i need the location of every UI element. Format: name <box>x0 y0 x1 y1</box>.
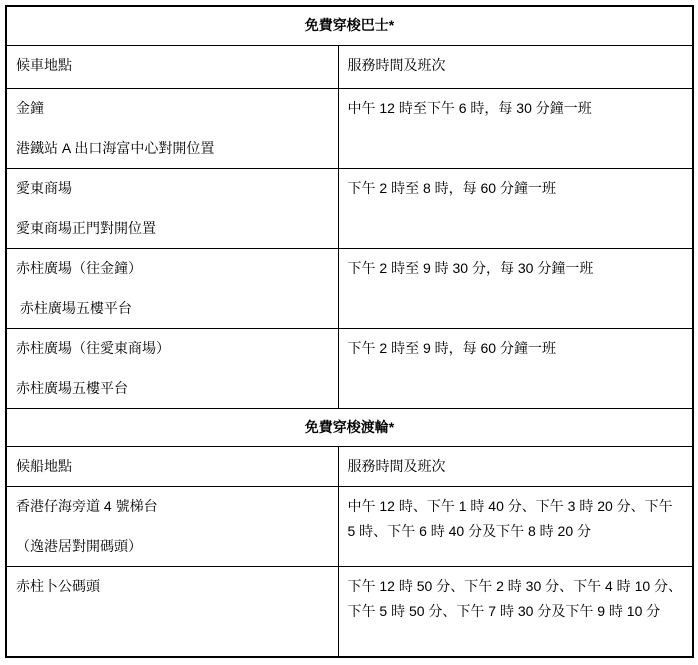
cell-schedule: 下午 2 時至 9 時 30 分，每 30 分鐘一班 <box>338 248 693 328</box>
schedule-text: 中午 12 時、下午 1 時 40 分、下午 3 時 20 分、下午 5 時、下… <box>348 494 684 544</box>
cell-location: 赤柱廣場（往愛東商場） 赤柱廣場五樓平台 <box>6 328 338 408</box>
column-header-row-bus: 候車地點 服務時間及班次 <box>6 45 693 88</box>
cell-location: 香港仔海旁道 4 號梯台 （逸港居對開碼頭） <box>6 486 338 566</box>
schedule-text: 下午 12 時 50 分、下午 2 時 30 分、下午 4 時 10 分、下午 … <box>348 574 684 624</box>
location-name: 赤柱廣場（往愛東商場） <box>16 336 329 361</box>
table-row-ferry-stanley: 赤柱卜公碼頭 下午 12 時 50 分、下午 2 時 30 分、下午 4 時 1… <box>6 566 693 657</box>
shuttle-schedule-table: 免費穿梭巴士* 候車地點 服務時間及班次 金鐘 港鐵站 A 出口海富中心對開位置… <box>5 5 694 658</box>
cell-schedule: 下午 12 時 50 分、下午 2 時 30 分、下午 4 時 10 分、下午 … <box>338 566 693 657</box>
cell-schedule: 中午 12 時至下午 6 時，每 30 分鐘一班 <box>338 88 693 168</box>
section-header-row-bus: 免費穿梭巴士* <box>6 6 693 45</box>
location-name: 赤柱卜公碼頭 <box>16 574 329 599</box>
col-header-bus-schedule-label: 服務時間及班次 <box>348 53 684 78</box>
location-detail: 赤柱廣場五樓平台 <box>16 376 329 401</box>
table-row-bus-aberdeen-mall: 愛東商場 愛東商場正門對開位置 下午 2 時至 8 時，每 60 分鐘一班 <box>6 168 693 248</box>
cell-schedule: 下午 2 時至 8 時，每 60 分鐘一班 <box>338 168 693 248</box>
col-header-ferry-schedule-label: 服務時間及班次 <box>348 454 684 479</box>
table-row-ferry-aberdeen: 香港仔海旁道 4 號梯台 （逸港居對開碼頭） 中午 12 時、下午 1 時 40… <box>6 486 693 566</box>
location-detail: 愛東商場正門對開位置 <box>16 216 329 241</box>
section-title-ferry: 免費穿梭渡輪* <box>6 408 693 446</box>
cell-location: 愛東商場 愛東商場正門對開位置 <box>6 168 338 248</box>
location-name: 香港仔海旁道 4 號梯台 <box>16 494 329 519</box>
col-header-bus-location: 候車地點 <box>6 45 338 88</box>
col-header-ferry-schedule: 服務時間及班次 <box>338 446 693 486</box>
col-header-ferry-location-label: 候船地點 <box>16 454 329 479</box>
schedule-text: 下午 2 時至 9 時 30 分，每 30 分鐘一班 <box>348 256 684 281</box>
cell-schedule: 下午 2 時至 9 時，每 60 分鐘一班 <box>338 328 693 408</box>
section-header-row-ferry: 免費穿梭渡輪* <box>6 408 693 446</box>
table-row-bus-admiralty: 金鐘 港鐵站 A 出口海富中心對開位置 中午 12 時至下午 6 時，每 30 … <box>6 88 693 168</box>
location-name: 金鐘 <box>16 96 329 121</box>
col-header-bus-schedule: 服務時間及班次 <box>338 45 693 88</box>
location-name: 赤柱廣場（往金鐘） <box>16 256 329 281</box>
cell-location: 金鐘 港鐵站 A 出口海富中心對開位置 <box>6 88 338 168</box>
cell-location: 赤柱廣場（往金鐘） 赤柱廣場五樓平台 <box>6 248 338 328</box>
schedule-text: 下午 2 時至 8 時，每 60 分鐘一班 <box>348 176 684 201</box>
schedule-text: 中午 12 時至下午 6 時，每 30 分鐘一班 <box>348 96 684 121</box>
cell-schedule: 中午 12 時、下午 1 時 40 分、下午 3 時 20 分、下午 5 時、下… <box>338 486 693 566</box>
table-row-bus-stanley-to-mall: 赤柱廣場（往愛東商場） 赤柱廣場五樓平台 下午 2 時至 9 時，每 60 分鐘… <box>6 328 693 408</box>
schedule-text: 下午 2 時至 9 時，每 60 分鐘一班 <box>348 336 684 361</box>
section-title-bus: 免費穿梭巴士* <box>6 6 693 45</box>
cell-location: 赤柱卜公碼頭 <box>6 566 338 657</box>
table-row-bus-stanley-to-admiralty: 赤柱廣場（往金鐘） 赤柱廣場五樓平台 下午 2 時至 9 時 30 分，每 30… <box>6 248 693 328</box>
col-header-ferry-location: 候船地點 <box>6 446 338 486</box>
col-header-bus-location-label: 候車地點 <box>16 53 329 78</box>
column-header-row-ferry: 候船地點 服務時間及班次 <box>6 446 693 486</box>
location-detail: 赤柱廣場五樓平台 <box>16 296 329 321</box>
location-detail: 港鐵站 A 出口海富中心對開位置 <box>16 136 329 161</box>
location-name: 愛東商場 <box>16 176 329 201</box>
location-detail: （逸港居對開碼頭） <box>16 534 329 559</box>
document-page: 免費穿梭巴士* 候車地點 服務時間及班次 金鐘 港鐵站 A 出口海富中心對開位置… <box>0 5 698 665</box>
